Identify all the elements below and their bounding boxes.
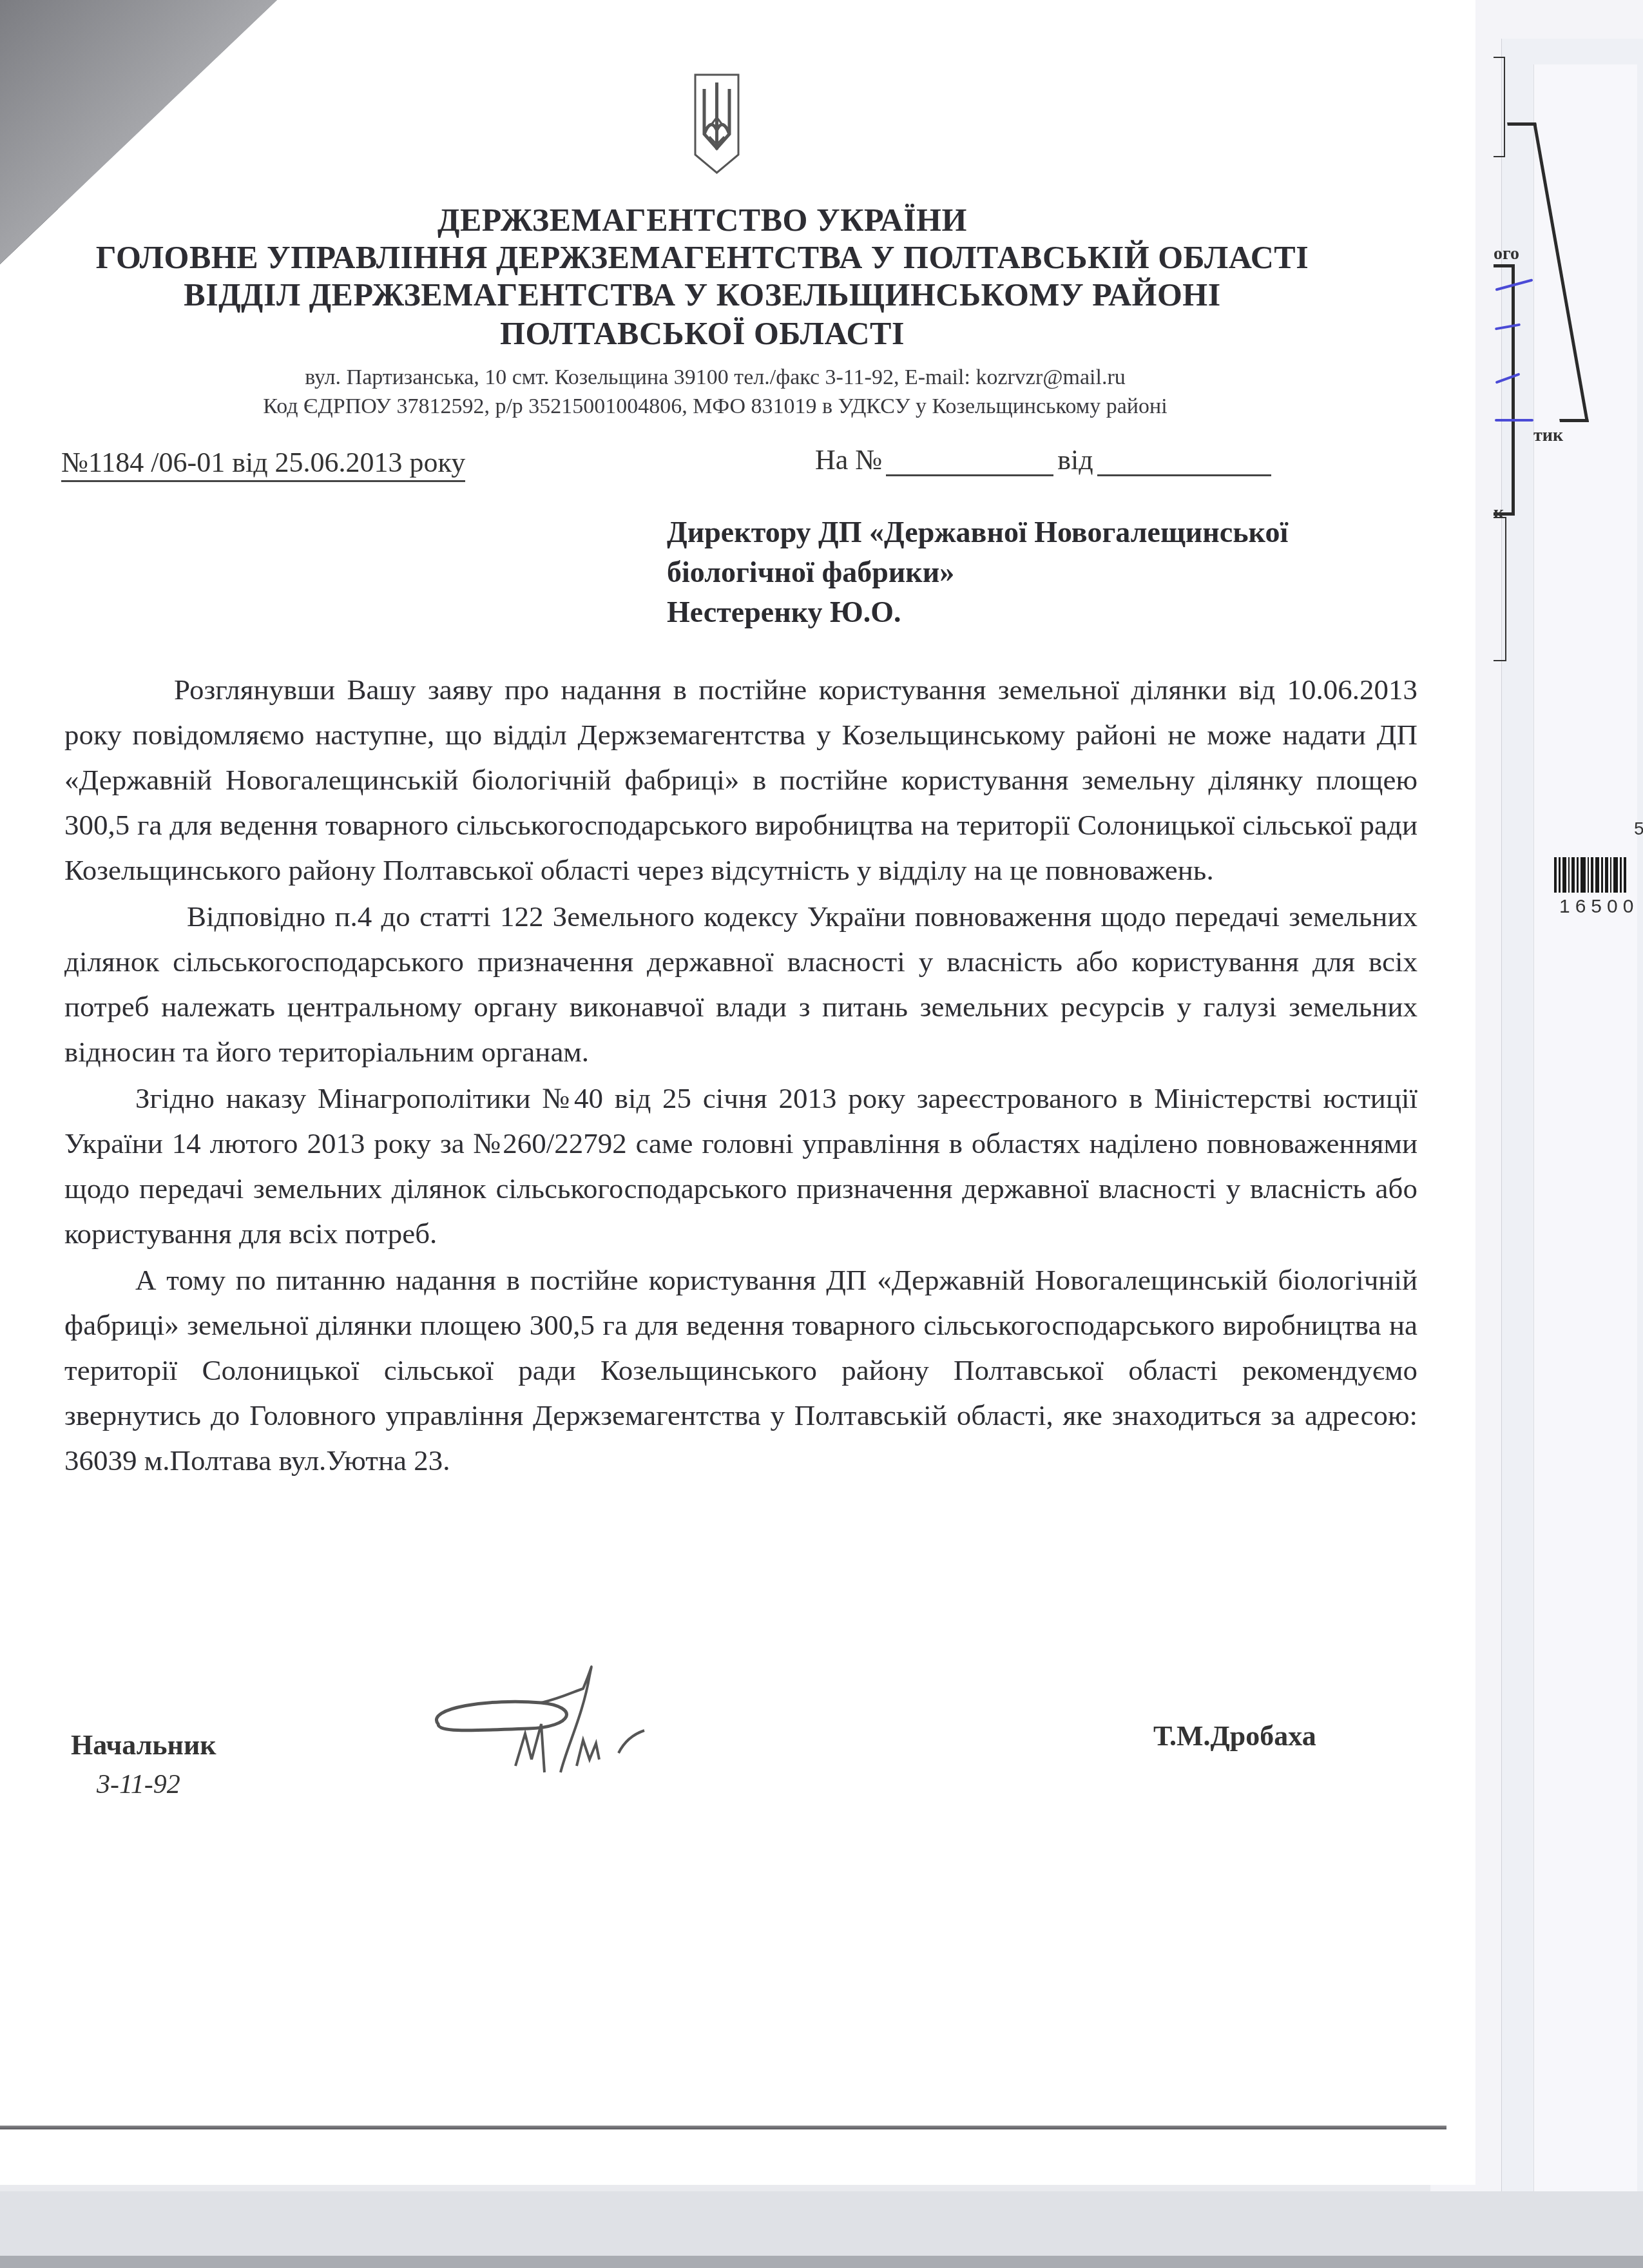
addressee-line: біологічної фабрики»	[667, 552, 1288, 592]
incoming-date-blank	[1097, 449, 1271, 476]
letter-page: ДЕРЖЗЕМАГЕНТСТВО УКРАЇНИ ГОЛОВНЕ УПРАВЛІ…	[0, 0, 1475, 2185]
barcode-number: 16500	[1559, 896, 1638, 918]
org-name-line1: ДЕРЖЗЕМАГЕНТСТВО УКРАЇНИ	[0, 201, 1443, 238]
stack-label: тик	[1533, 425, 1563, 446]
addressee-block: Директору ДП «Державної Новогалещинської…	[667, 512, 1288, 632]
signatory-phone: 3-11-92	[97, 1769, 180, 1800]
trident-icon	[693, 72, 741, 175]
org-address: вул. Партизанська, 10 смт. Козельщина 39…	[0, 365, 1456, 390]
org-bank-details: Код ЄДРПОУ 37812592, р/р 35215001004806,…	[0, 394, 1456, 419]
stack-label: ого	[1494, 244, 1519, 264]
body-paragraph: А тому по питанню надання в постійне кор…	[64, 1257, 1417, 1483]
incoming-reference: На №від	[815, 443, 1275, 476]
body-paragraph: Відповідно п.4 до статті 122 Земельного …	[64, 894, 1417, 1074]
handwritten-signature-icon	[412, 1663, 825, 1792]
body-paragraph: Розглянувши Вашу заяву про надання в пос…	[64, 667, 1417, 893]
signatory-name: Т.М.Дробаха	[1153, 1720, 1316, 1752]
body-paragraph: Згідно наказу Мінагрополітики №40 від 25…	[64, 1076, 1417, 1256]
org-name-line2: ГОЛОВНЕ УПРАВЛІННЯ ДЕРЖЗЕМАГЕНТСТВА У ПО…	[0, 238, 1443, 276]
pen-mark	[1495, 419, 1533, 422]
addressee-line: Директору ДП «Державної Новогалещинської	[667, 512, 1288, 552]
barcode-icon	[1554, 857, 1643, 893]
page-footer-rule	[0, 2126, 1446, 2129]
form-box-outline	[1494, 517, 1506, 661]
signatory-title: Начальник	[71, 1729, 216, 1761]
form-box-outline	[1494, 264, 1515, 516]
stack-side-digit: 5	[1634, 819, 1643, 839]
incoming-date-label: від	[1057, 444, 1093, 476]
scanner-bottom-edge	[0, 2256, 1643, 2268]
form-box-outline	[1494, 57, 1505, 157]
incoming-number-blank	[886, 449, 1053, 476]
letter-body: Розглянувши Вашу заяву про надання в пос…	[64, 667, 1417, 1484]
incoming-number-label: На №	[815, 444, 882, 476]
org-name-line4: ПОЛТАВСЬКОЇ ОБЛАСТІ	[0, 315, 1443, 352]
addressee-name: Нестеренку Ю.О.	[667, 592, 1288, 632]
org-name-line3: ВІДДІЛ ДЕРЖЗЕМАГЕНТСТВА У КОЗЕЛЬЩИНСЬКОМ…	[0, 276, 1443, 313]
paper-stack-sheet	[1533, 64, 1637, 2230]
outgoing-reference: №1184 /06-01 від 25.06.2013 року	[61, 446, 465, 482]
